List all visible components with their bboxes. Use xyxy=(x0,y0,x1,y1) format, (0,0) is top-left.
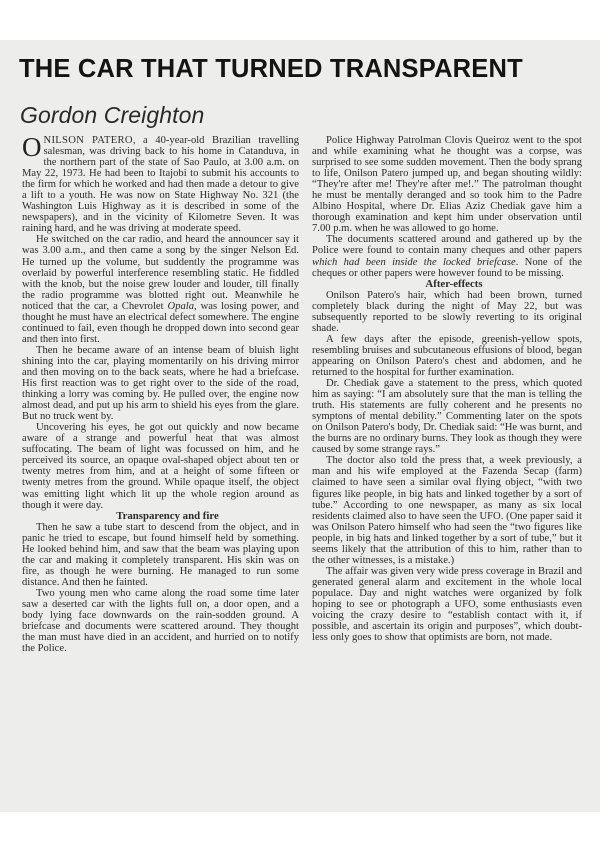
car-model: Opala xyxy=(168,301,194,312)
paragraph-object: Uncovering his eyes, he got out quickly … xyxy=(22,422,299,510)
subheading-after-effects: After-effects xyxy=(312,279,582,290)
paragraph-tube: Then he saw a tube start to descend from… xyxy=(22,522,299,588)
paragraph-witnesses: The doctor also told the press that, a w… xyxy=(312,455,582,565)
lead-name: NILSON PATERO xyxy=(44,135,133,146)
intro-text: , a 40-year-old Brazilian travel­ling sa… xyxy=(22,135,299,234)
scanned-page: THE CAR THAT TURNED TRANSPARENT Gordon C… xyxy=(0,40,600,812)
paragraph-patrolman: Police Highway Patrolman Clovis Queiroz … xyxy=(312,135,582,234)
author-byline: Gordon Creighton xyxy=(20,102,204,129)
left-column: ONILSON PATERO, a 40-year-old Brazilian … xyxy=(22,135,299,654)
paragraph-beam: Then he became aware of an intense beam … xyxy=(22,345,299,422)
paragraph-hair: Onilson Patero's hair, which had been br… xyxy=(312,290,582,334)
documents-emphasis: which had been inside the locked briefca… xyxy=(312,257,516,268)
paragraph-spots: A few days after the episode, greenish-y… xyxy=(312,334,582,378)
subheading-transparency: Transparency and fire xyxy=(22,511,299,522)
paragraph-coverage: The affair was given very wide press cov… xyxy=(312,566,582,643)
paragraph-documents: The documents scattered around and gathe… xyxy=(312,234,582,278)
right-column: Police Highway Patrolman Clovis Queiroz … xyxy=(312,135,582,643)
paragraph-discovery: Two young men who came along the road so… xyxy=(22,588,299,654)
paragraph-intro: ONILSON PATERO, a 40-year-old Brazilian … xyxy=(22,135,299,234)
article-title: THE CAR THAT TURNED TRANSPARENT xyxy=(19,55,523,84)
paragraph-statement: Dr. Chediak gave a statement to the pres… xyxy=(312,378,582,455)
car-text: car, a Chevrolet xyxy=(94,301,168,312)
drop-cap: O xyxy=(22,136,42,158)
documents-text: The documents scattered around and gathe… xyxy=(312,234,582,256)
paragraph-radio: He switched on the car radio, and heard … xyxy=(22,234,299,344)
